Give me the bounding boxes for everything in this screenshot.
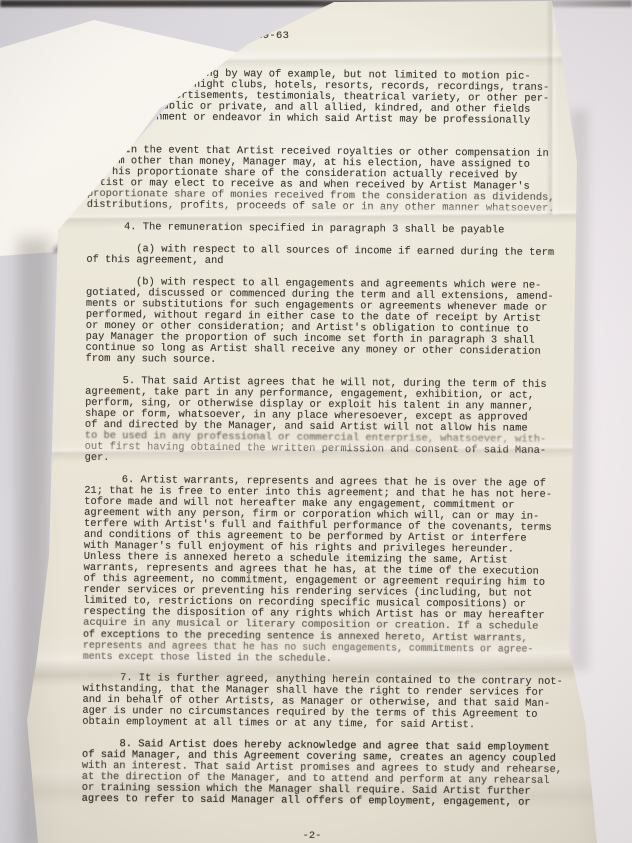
page-number: -2- bbox=[282, 830, 342, 842]
paragraph: 6. Artist warrants, represents and agree… bbox=[83, 475, 587, 666]
paragraph: 4. The remuneration specified in paragra… bbox=[87, 222, 589, 237]
paragraph: (a) with respect to all sources of incom… bbox=[86, 244, 588, 270]
text-line: agrees to refer to said Manager all offe… bbox=[82, 794, 584, 809]
paragraph: 7. It is further agreed, anything herein… bbox=[82, 673, 584, 732]
paragraph: In the event that Artist received royalt… bbox=[87, 145, 590, 215]
paper-crease bbox=[546, 0, 558, 215]
document-photo: 4-29-63 whatsoever, including by way of … bbox=[0, 0, 632, 843]
text-line: 4. The remuneration specified in paragra… bbox=[87, 222, 589, 237]
paragraph: 5. That said Artist agrees that he will … bbox=[85, 376, 588, 468]
paragraph: 8. Said Artist does hereby acknowledge a… bbox=[82, 739, 585, 809]
date-annotation: 4-29-63 bbox=[243, 30, 289, 42]
document-text: whatsoever, including by way of example,… bbox=[81, 68, 590, 820]
paragraph: (b) with respect to all engagements and … bbox=[85, 277, 588, 369]
